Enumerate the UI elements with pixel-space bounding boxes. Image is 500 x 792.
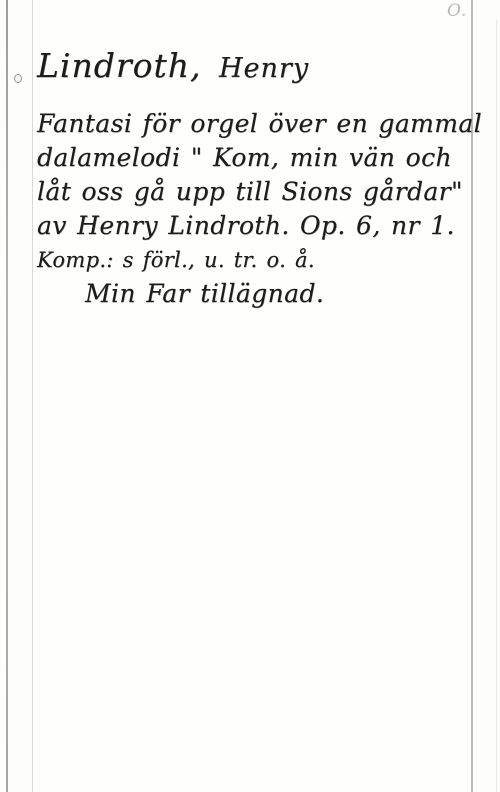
work-title-line-2: dalamelodi " Kom, min vän och	[37, 141, 482, 175]
left-margin-rule	[6, 0, 8, 792]
composer-name-heading: Lindroth, Henry	[37, 42, 482, 93]
work-title-line-1: Fantasi för orgel över en gammal	[37, 107, 482, 141]
corner-classification-mark: O.	[447, 1, 467, 21]
work-title-line-4: av Henry Lindroth. Op. 6, nr 1.	[37, 209, 482, 243]
page-right-edge-line	[496, 20, 497, 792]
dedication-line: Min Far tillägnad.	[37, 277, 482, 311]
imprint-line: Komp.: s förl., u. tr. o. å.	[37, 243, 482, 277]
card-left-edge-line	[32, 0, 33, 792]
work-title-line-3: låt oss gå upp till Sions gårdar"	[37, 175, 482, 209]
composer-given-name: Henry	[219, 53, 309, 84]
punch-hole	[14, 74, 22, 83]
composer-surname: Lindroth,	[37, 46, 202, 85]
handwritten-text-block: Lindroth, Henry Fantasi för orgel över e…	[37, 42, 482, 311]
catalog-card-scan: O. Lindroth, Henry Fantasi för orgel öve…	[0, 0, 500, 792]
